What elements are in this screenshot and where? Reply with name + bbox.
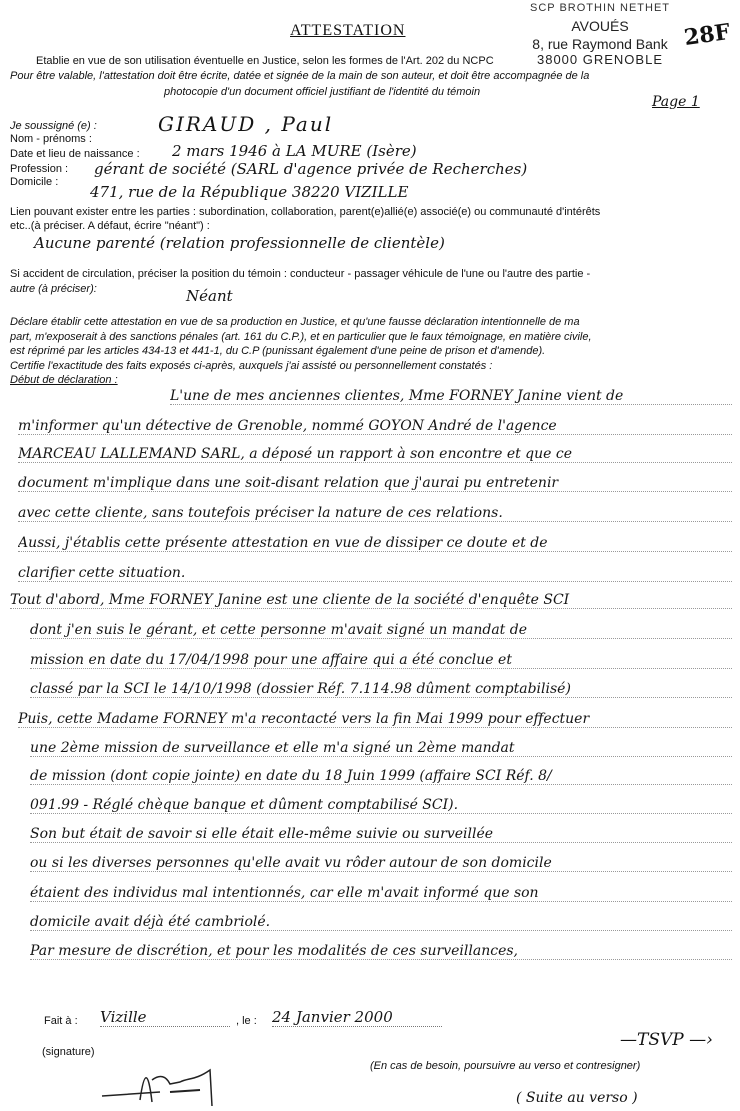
stamp-firm-name: SCP BROTHIN NETHET (500, 2, 700, 14)
reference-number: 28F (682, 19, 731, 51)
signature-mark (100, 1062, 220, 1107)
stamp-profession: AVOUÉS (500, 18, 700, 34)
declaration-line: MARCEAU LALLEMAND SARL, a déposé un rapp… (18, 446, 732, 463)
accident-label-2: autre (à préciser): (10, 283, 97, 295)
suite-au-verso: ( Suite au verso ) (516, 1090, 638, 1106)
naissance-value: 2 mars 1946 à LA MURE (Isère) (172, 142, 417, 160)
intro-line-3: photocopie d'un document officiel justif… (164, 86, 480, 98)
declaration-line: m'informer qu'un détective de Grenoble, … (18, 418, 732, 435)
continue-note: (En cas de besoin, poursuivre au verso e… (370, 1060, 640, 1072)
stamp-address: 8, rue Raymond Bank (500, 36, 700, 52)
declaration-line: Puis, cette Madame FORNEY m'a recontacté… (18, 711, 732, 728)
declaration-line: classé par la SCI le 14/10/1998 (dossier… (30, 681, 732, 698)
fait-value: Vizille (100, 1008, 230, 1027)
domicile-value: 471, rue de la République 38220 VIZILLE (90, 183, 408, 201)
declaration-line: de mission (dont copie jointe) en date d… (30, 768, 732, 785)
declaration-line: clarifier cette situation. (18, 565, 732, 582)
declaration-line: étaient des individus mal intentionnés, … (30, 885, 732, 902)
declaration-line: domicile avait déjà été cambriolé. (30, 914, 732, 931)
declaration-line: Son but était de savoir si elle était el… (30, 826, 732, 843)
declaration-line: Aussi, j'établis cette présente attestat… (18, 535, 732, 552)
lien-label: Lien pouvant exister entre les parties :… (10, 206, 600, 218)
page-number: Page 1 (652, 94, 700, 110)
soussigne-label: Je soussigné (e) : (10, 120, 97, 132)
domicile-label: Domicile : (10, 176, 58, 188)
nom-label: Nom - prénoms : (10, 133, 92, 145)
document-title: ATTESTATION (290, 22, 405, 40)
declaration-line: 091.99 - Réglé chèque banque et dûment c… (30, 797, 732, 814)
profession-value: gérant de société (SARL d'agence privée … (94, 160, 527, 178)
accident-label: Si accident de circulation, préciser la … (10, 268, 590, 280)
stamp-city: 38000 GRENOBLE (500, 52, 700, 67)
naissance-label: Date et lieu de naissance : (10, 148, 140, 160)
declaration-line: dont j'en suis le gérant, et cette perso… (30, 622, 732, 639)
declaration-line: L'une de mes anciennes clientes, Mme FOR… (170, 388, 732, 405)
legal-line-2: part, m'exposerait à des sanctions pénal… (10, 331, 592, 343)
accident-value: Néant (186, 287, 233, 305)
le-value: 24 Janvier 2000 (272, 1008, 442, 1027)
intro-line-2: Pour être valable, l'attestation doit êt… (10, 70, 589, 82)
lien-value: Aucune parenté (relation professionnelle… (34, 234, 445, 252)
signature-label: (signature) (42, 1046, 95, 1058)
declaration-line: document m'implique dans une soit-disant… (18, 475, 732, 492)
intro-line-1: Etablie en vue de son utilisation éventu… (36, 55, 494, 67)
profession-label: Profession : (10, 163, 68, 175)
declaration-start-label: Début de déclaration : (10, 374, 118, 386)
declaration-line: Par mesure de discrétion, et pour les mo… (30, 943, 732, 960)
declaration-line: mission en date du 17/04/1998 pour une a… (30, 652, 732, 669)
declaration-line: une 2ème mission de surveillance et elle… (30, 740, 732, 757)
tsvp-mark: —TSVP —› (620, 1030, 713, 1050)
legal-line-4: Certifie l'exactitude des faits exposés … (10, 360, 492, 372)
lien-label-2: etc..(à préciser. A défaut, écrire "néan… (10, 220, 210, 232)
nom-value: GIRAUD , Paul (158, 112, 333, 136)
fait-label: Fait à : (44, 1015, 78, 1027)
declaration-line: avec cette cliente, sans toutefois préci… (18, 505, 732, 522)
declaration-line: ou si les diverses personnes qu'elle ava… (30, 855, 732, 872)
declaration-line: Tout d'abord, Mme FORNEY Janine est une … (10, 592, 732, 609)
legal-line-1: Déclare établir cette attestation en vue… (10, 316, 580, 328)
le-label: , le : (236, 1015, 257, 1027)
legal-line-3: est réprimé par les articles 434-13 et 4… (10, 345, 545, 357)
